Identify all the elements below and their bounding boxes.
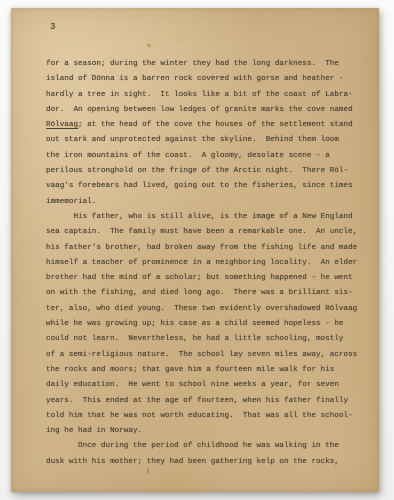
text-line: dusk with his mother; they had been gath…: [46, 455, 366, 470]
page-number: 3: [50, 22, 55, 32]
text-line: vaag's forebears had lived, going out to…: [46, 179, 366, 194]
text-line: his father's brother, had broken away fr…: [46, 241, 366, 256]
text-line: daily education. He went to school nine …: [46, 378, 366, 393]
text-line: hardly a tree in sight. It looks like a …: [46, 88, 366, 103]
text-line: the rocks and moors; that gave him a fou…: [46, 363, 366, 378]
underlined-place-name: Rölvaag: [46, 121, 78, 129]
text-line: on with the fishing, and died long ago. …: [46, 286, 366, 301]
text-line: years. This ended at the age of fourteen…: [46, 394, 366, 409]
typewritten-text: for a season; during the winter they had…: [46, 57, 366, 470]
scan-background: 3 for a season; during the winter they h…: [0, 0, 394, 500]
text-line: Rölvaag; at the head of the cove the hou…: [46, 118, 366, 133]
text-line: himself a teacher of prominence in a nei…: [46, 256, 366, 271]
text-line: sea captain. The family must have been a…: [46, 225, 366, 240]
manuscript-page: 3 for a season; during the winter they h…: [11, 8, 379, 492]
text-line: perilous stronghold on the fringe of the…: [46, 164, 366, 179]
text-line: Once during the period of childhood he w…: [46, 439, 366, 454]
paper-stain: [146, 43, 152, 48]
text-line: told him that he was not worth educating…: [46, 409, 366, 424]
text-line: for a season; during the winter they had…: [46, 57, 366, 72]
text-line: ter, also, who died young. These two evi…: [46, 302, 366, 317]
text-line: His father, who is still alive, is the i…: [46, 210, 366, 225]
text-line: ing he had in Norway.: [46, 424, 366, 439]
text-line: immemorial.: [46, 195, 366, 210]
text-line: while he was growing up; his case as a c…: [46, 317, 366, 332]
text-line: out stark and unprotected against the sk…: [46, 133, 366, 148]
text-line: island of Dönna is a barren rock covered…: [46, 72, 366, 87]
text-line: of a semi-religious nature. The school l…: [46, 348, 366, 363]
text-line-rest: ; at the head of the cove the houses of …: [78, 121, 353, 129]
text-line: dor. An opening between low ledges of gr…: [46, 103, 366, 118]
text-line: the iron mountains of the coast. A gloom…: [46, 149, 366, 164]
paper-stain: [311, 37, 314, 40]
text-line: could not learn. Nevertheless, he had a …: [46, 332, 366, 347]
paper-stain: [179, 38, 183, 42]
text-line: brother had the mind of a scholar; but s…: [46, 271, 366, 286]
